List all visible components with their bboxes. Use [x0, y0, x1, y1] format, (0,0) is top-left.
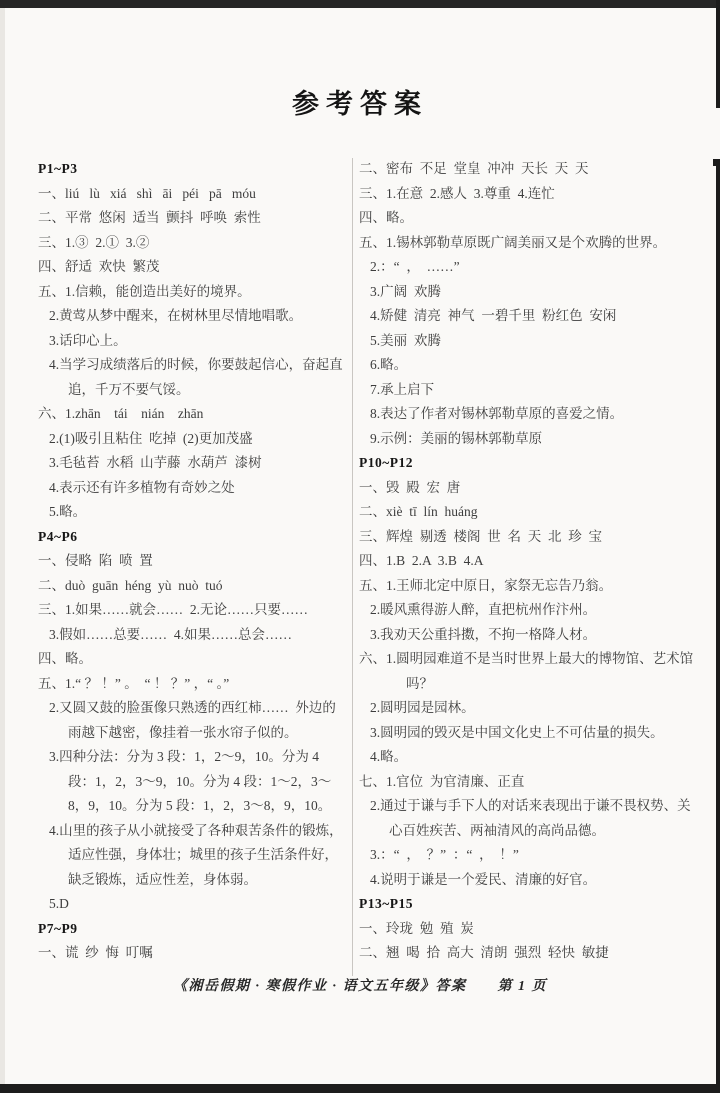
answer-line: 六、1.zhān tái nián zhān	[38, 402, 346, 427]
page-range-header: P10~P12	[359, 451, 699, 476]
answer-line: 二、密布 不足 堂皇 冲冲 天长 天 天	[359, 157, 699, 182]
answer-line: 三、1.如果……就会…… 2.无论……只要……	[38, 598, 346, 623]
left-column: P1~P3一、liú lù xiá shì āi péi pā móu二、平常 …	[38, 157, 346, 966]
answer-line: 2.(1)吸引且粘住 吃掉 (2)更加茂盛	[38, 427, 346, 452]
answer-line: 5.略。	[38, 500, 346, 525]
answer-line: 2.黄莺从梦中醒来，在树林里尽情地唱歌。	[38, 304, 346, 329]
scan-edge-left	[0, 8, 5, 1084]
answer-line: 5.D	[38, 892, 346, 917]
answer-line: 6.略。	[359, 353, 699, 378]
answer-line: 4.矫健 清亮 神气 一碧千里 粉红色 安闲	[359, 304, 699, 329]
answer-line: 五、1.信赖，能创造出美好的境界。	[38, 280, 346, 305]
answer-line: 3.圆明园的毁灭是中国文化史上不可估量的损失。	[359, 721, 699, 746]
answer-line: 二、duò guān héng yù nuò tuó	[38, 574, 346, 599]
answer-line: 2.通过于谦与手下人的对话来表现出于谦不畏权势、关心百姓疾苦、两袖清风的高尚品德…	[359, 794, 699, 843]
answer-line: 7.承上启下	[359, 378, 699, 403]
scan-edge-bottom	[0, 1084, 720, 1093]
answer-line: 3.广阔 欢腾	[359, 280, 699, 305]
answer-line: 2.：“ ， ……”	[359, 255, 699, 280]
column-divider	[352, 158, 353, 976]
answer-line: 二、翘 喝 拾 高大 清朗 强烈 轻快 敏捷	[359, 941, 699, 966]
answer-line: 3.：“ ， ？” ：“ ， ！”	[359, 843, 699, 868]
answer-line: 2.暖风熏得游人醉，直把杭州作汴州。	[359, 598, 699, 623]
answer-line: 二、平常 悠闲 适当 颤抖 呼唤 索性	[38, 206, 346, 231]
answer-line: 9.示例：美丽的锡林郭勒草原	[359, 427, 699, 452]
answer-line: 四、舒适 欢快 繁茂	[38, 255, 346, 280]
answer-line: 2.圆明园是园林。	[359, 696, 699, 721]
answer-line: 3.假如……总要…… 4.如果……总会……	[38, 623, 346, 648]
page-title: 参考答案	[0, 82, 720, 121]
answer-line: 三、1.在意 2.感人 3.尊重 4.连忙	[359, 182, 699, 207]
answer-line: 一、侵略 陷 喷 置	[38, 549, 346, 574]
answer-line: 五、1.“ ？ ！” 。 “ ！ ？” ，“ 。”	[38, 672, 346, 697]
answer-line: 四、1.B 2.A 3.B 4.A	[359, 549, 699, 574]
right-column: 二、密布 不足 堂皇 冲冲 天长 天 天三、1.在意 2.感人 3.尊重 4.连…	[359, 157, 699, 966]
answer-line: 4.表示还有许多植物有奇妙之处	[38, 476, 346, 501]
answer-line: 4.山里的孩子从小就接受了各种艰苦条件的锻炼，适应性强，身体壮；城里的孩子生活条…	[38, 819, 346, 893]
answer-line: 一、liú lù xiá shì āi péi pā móu	[38, 182, 346, 207]
answer-line: 七、1.官位 为官清廉、正直	[359, 770, 699, 795]
answer-line: 5.美丽 欢腾	[359, 329, 699, 354]
scan-edge-right-lower	[716, 163, 720, 1093]
answer-line: 4.略。	[359, 745, 699, 770]
answer-line: 3.我劝天公重抖擞，不拘一格降人材。	[359, 623, 699, 648]
answer-line: 3.话印心上。	[38, 329, 346, 354]
page-range-header: P7~P9	[38, 917, 346, 942]
answer-line: 3.四种分法：分为 3 段：1，2～9，10。分为 4 段：1，2，3～9，10…	[38, 745, 346, 819]
answer-line: 一、玲珑 勉 殖 炭	[359, 917, 699, 942]
answer-line: 五、1.锡林郭勒草原既广阔美丽又是个欢腾的世界。	[359, 231, 699, 256]
answer-line: 一、谎 纱 悔 叮嘱	[38, 941, 346, 966]
page-footer: 《湘岳假期 · 寒假作业 · 语文五年级》答案 第 1 页	[0, 975, 720, 995]
page-range-header: P4~P6	[38, 525, 346, 550]
page-range-header: P13~P15	[359, 892, 699, 917]
answer-line: 五、1.王师北定中原日，家祭无忘告乃翁。	[359, 574, 699, 599]
answer-line: 2.又圆又鼓的脸蛋像只熟透的西红柿…… 外边的雨越下越密，像挂着一张水帘子似的。	[38, 696, 346, 745]
answer-line: 四、略。	[38, 647, 346, 672]
page-range-header: P1~P3	[38, 157, 346, 182]
answer-line: 3.毛毡苔 水稻 山芋藤 水葫芦 漆树	[38, 451, 346, 476]
answer-line: 8.表达了作者对锡林郭勒草原的喜爱之情。	[359, 402, 699, 427]
answer-line: 三、1.③ 2.① 3.②	[38, 231, 346, 256]
answer-line: 4.说明于谦是一个爱民、清廉的好官。	[359, 868, 699, 893]
answer-line: 一、毁 殿 宏 唐	[359, 476, 699, 501]
answer-line: 4.当学习成绩落后的时候，你要鼓起信心，奋起直追，千万不要气馁。	[38, 353, 346, 402]
answer-line: 四、略。	[359, 206, 699, 231]
answer-line: 三、辉煌 剔透 楼阁 世 名 天 北 珍 宝	[359, 525, 699, 550]
answer-line: 二、xiè tī lín huáng	[359, 500, 699, 525]
scan-edge-top	[0, 0, 720, 8]
answer-line: 六、1.圆明园难道不是当时世界上最大的博物馆、艺术馆吗？	[359, 647, 699, 696]
